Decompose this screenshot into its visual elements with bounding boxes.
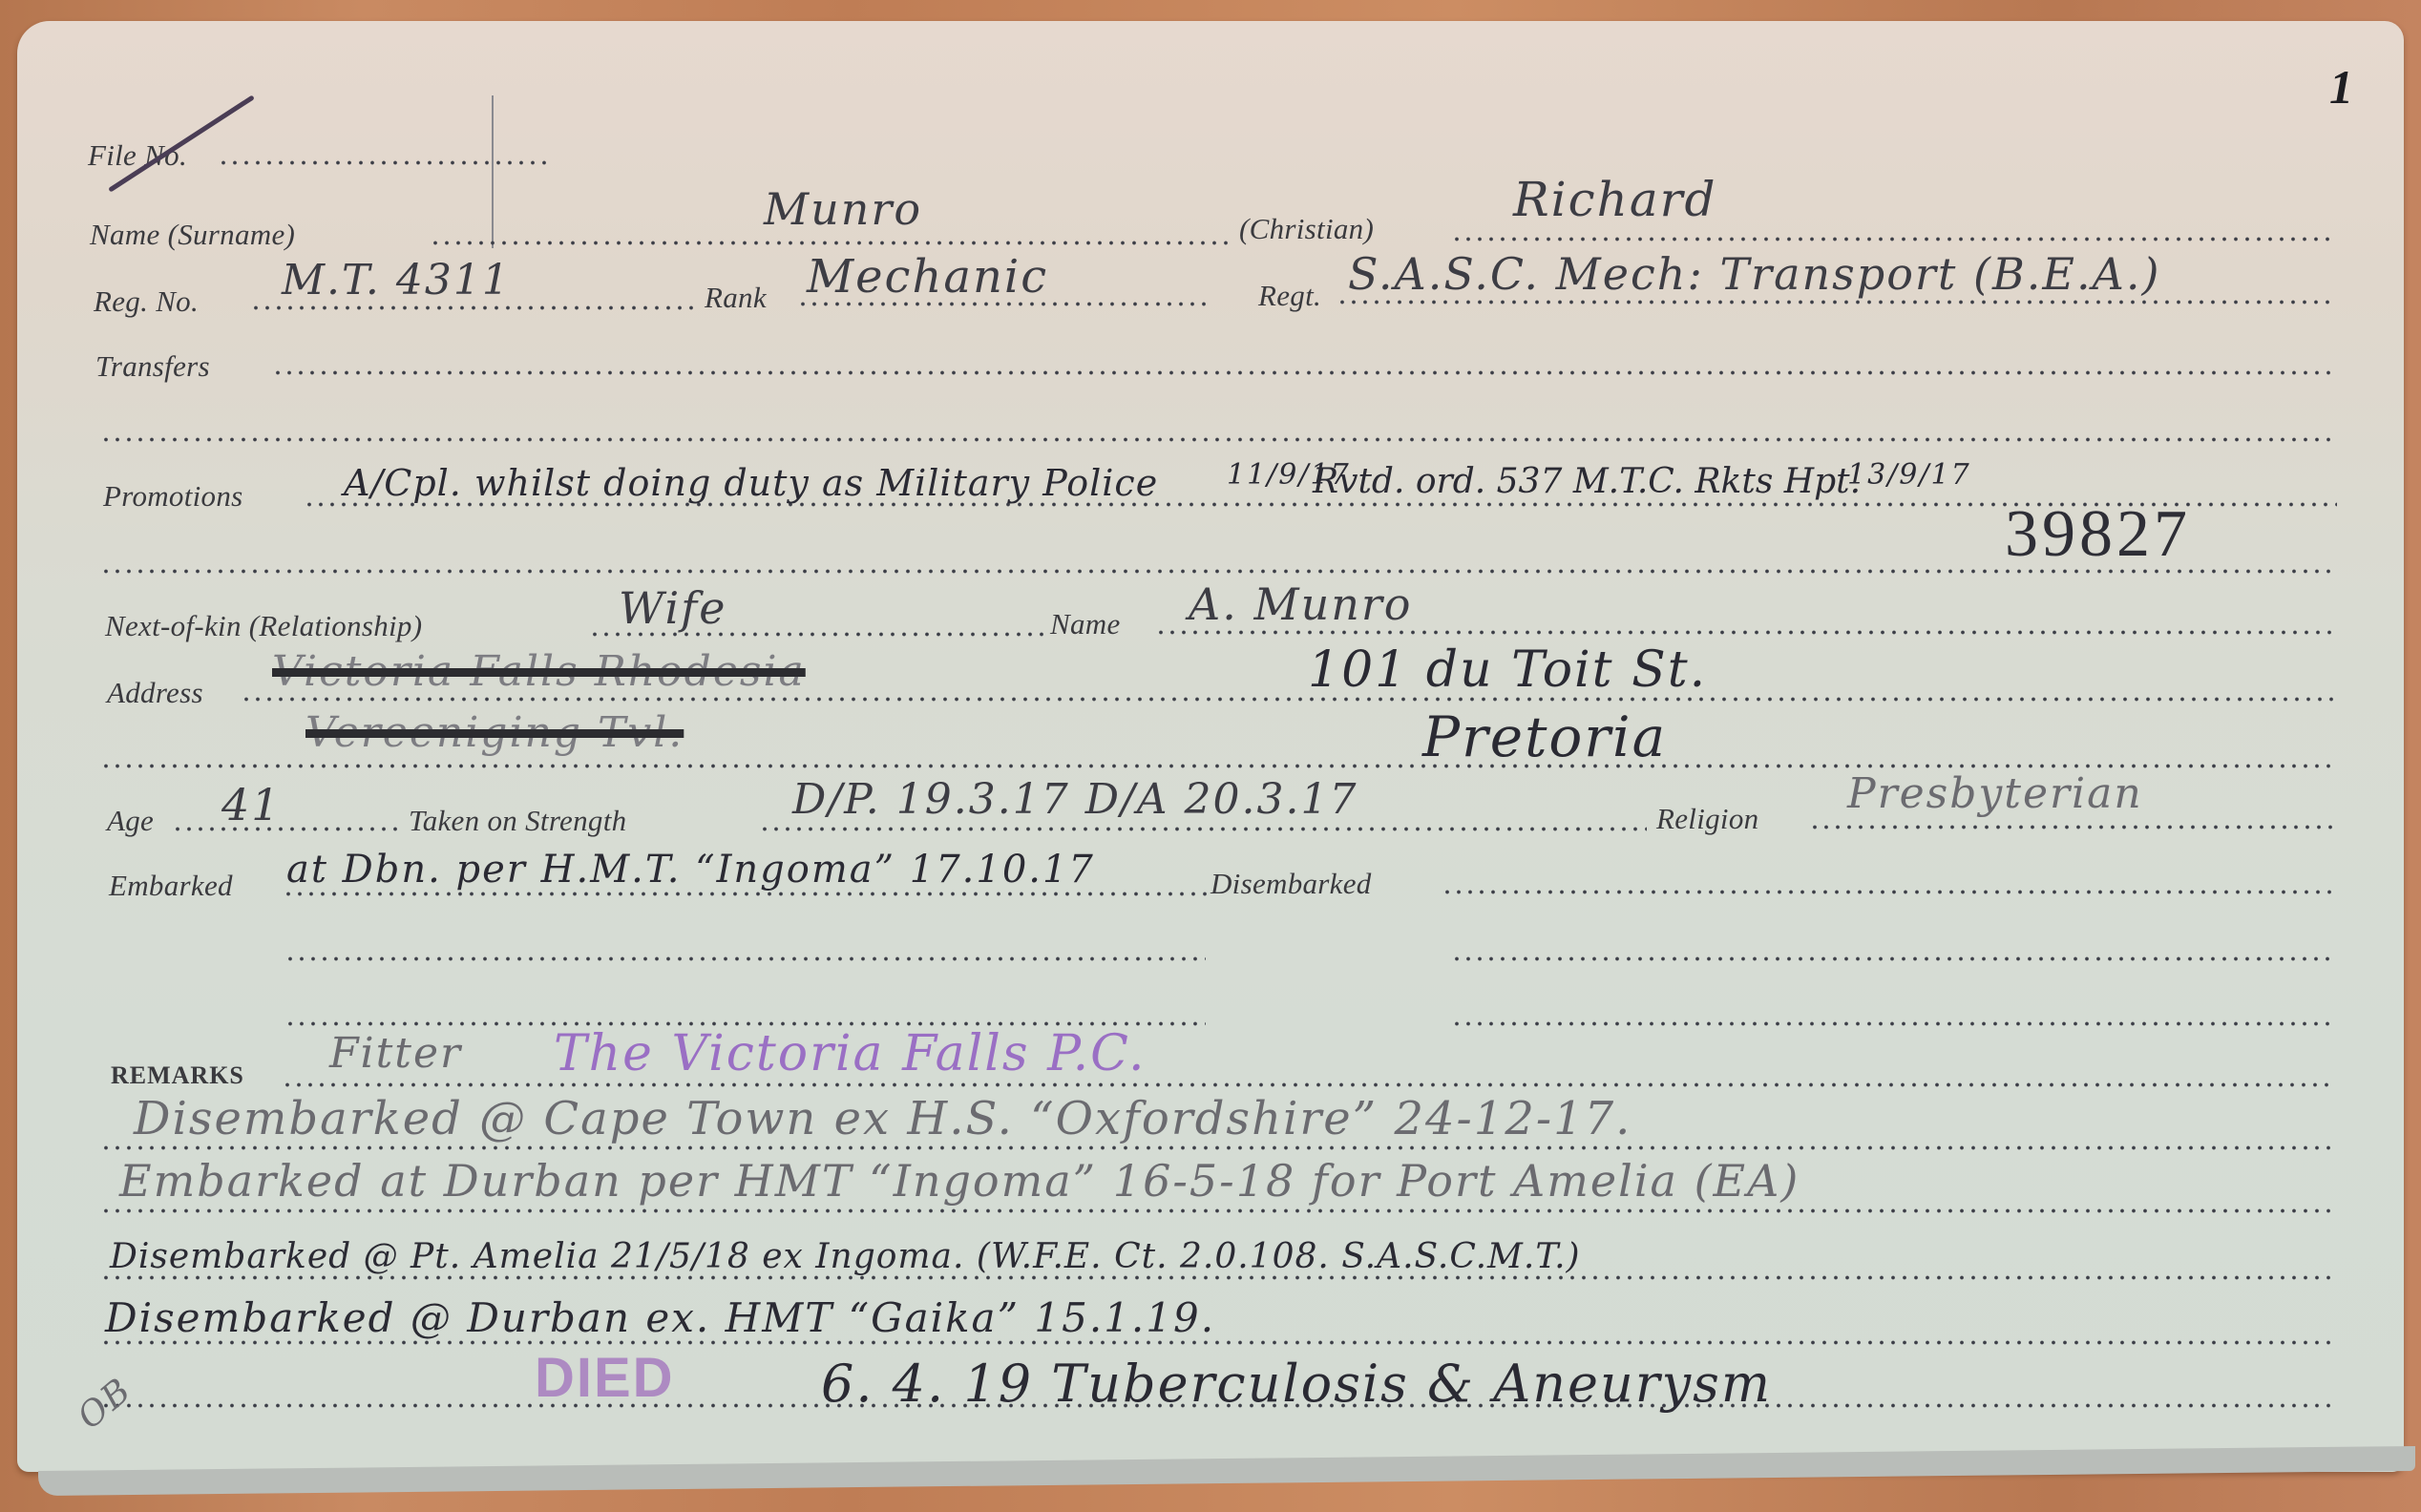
religion-label: Religion (1656, 802, 1758, 836)
remarks-purple-stamp: The Victoria Falls P.C. (554, 1025, 1147, 1082)
embarked-value: at Dbn. per H.M.T. “Ingoma” 17.10.17 (286, 848, 1095, 892)
remarks-pencil-note: Fitter (329, 1029, 462, 1078)
surname-label: Name (Surname) (90, 218, 295, 252)
remarks-entry-4: Disembarked @ Durban ex. HMT “Gaika” 15.… (105, 1294, 1215, 1341)
promotion-date-2: 13/9/17 (1847, 458, 1971, 492)
christian-name-field (1451, 237, 2334, 241)
reg-no-field (250, 305, 699, 310)
age-label: Age (107, 804, 154, 838)
remarks-field (282, 1082, 2334, 1087)
surname-value: Munro (764, 183, 922, 235)
embarked-field (283, 892, 1209, 896)
file-no-field (218, 160, 552, 165)
religion-field (1809, 825, 2334, 829)
nok-name-label: Name (1050, 607, 1121, 641)
promotion-entry-1: A/Cpl. whilst doing duty as Military Pol… (344, 462, 1158, 504)
taken-on-strength-value: D/P. 19.3.17 D/A 20.3.17 (792, 775, 1358, 824)
remarks-entry-3: Disembarked @ Pt. Amelia 21/5/18 ex Ingo… (110, 1237, 1581, 1276)
rank-label: Rank (705, 281, 767, 315)
promotions-label: Promotions (103, 479, 243, 514)
address-struck-line-1: Victoria Falls Rhodesia (272, 647, 806, 696)
address-line-2: Pretoria (1422, 704, 1667, 769)
disembarked-field-2 (1451, 956, 2334, 961)
regt-value: S.A.S.C. Mech: Transport (B.E.A.) (1348, 248, 2160, 300)
address-field-2 (100, 764, 2334, 768)
remarks-entry-1: Disembarked @ Cape Town ex H.S. “Oxfords… (134, 1092, 1632, 1145)
remarks-entry-2: Embarked at Durban per HMT “Ingoma” 16-5… (119, 1155, 1800, 1207)
address-line-1: 101 du Toit St. (1308, 641, 1707, 699)
remarks-line-2 (100, 1208, 2334, 1213)
page-number: 1 (2329, 59, 2353, 115)
file-no-label: File No. (88, 138, 187, 173)
transfers-field-2 (100, 437, 2334, 442)
address-field (241, 697, 2336, 702)
taken-on-strength-field (759, 827, 1647, 831)
christian-name-label: (Christian) (1239, 212, 1374, 246)
pencil-line (492, 95, 494, 248)
disembarked-label: Disembarked (1210, 867, 1372, 901)
religion-value: Presbyterian (1847, 769, 2143, 818)
embarked-label: Embarked (109, 869, 233, 903)
reg-no-label: Reg. No. (94, 284, 199, 319)
rank-value: Mechanic (807, 250, 1048, 304)
age-value: 41 (221, 779, 282, 830)
transfers-label: Transfers (95, 349, 210, 384)
age-field (172, 827, 401, 831)
promotions-field-2 (100, 569, 2334, 574)
regt-field (1337, 300, 2334, 304)
surname-field (430, 241, 1232, 245)
death-entry: 6. 4. 19 Tuberculosis & Aneurysm (821, 1354, 1772, 1414)
embarked-field-2 (284, 956, 1206, 961)
died-stamp: DIED (535, 1346, 675, 1410)
nok-relationship-value: Wife (619, 582, 726, 634)
record-number: 39827 (2005, 496, 2191, 573)
address-label: Address (107, 676, 203, 710)
remarks-label: REMARKS (111, 1061, 244, 1090)
nok-name-value: A. Munro (1189, 578, 1413, 630)
nok-relationship-label: Next-of-kin (Relationship) (105, 609, 422, 643)
nok-name-field (1155, 630, 2334, 635)
remarks-line-1 (100, 1145, 2334, 1150)
promotion-entry-2: Rvtd. ord. 537 M.T.C. Rkts Hpt. (1313, 462, 1861, 501)
disembarked-field (1442, 890, 2334, 894)
transfers-field (272, 370, 2334, 375)
address-struck-line-2: Vereeniging Tvl. (305, 708, 684, 757)
christian-name-value: Richard (1513, 172, 1717, 227)
disembarked-field-3 (1451, 1021, 2334, 1026)
regt-label: Regt. (1258, 279, 1321, 313)
taken-on-strength-label: Taken on Strength (409, 804, 626, 838)
reg-no-value: M.T. 4311 (282, 256, 511, 304)
